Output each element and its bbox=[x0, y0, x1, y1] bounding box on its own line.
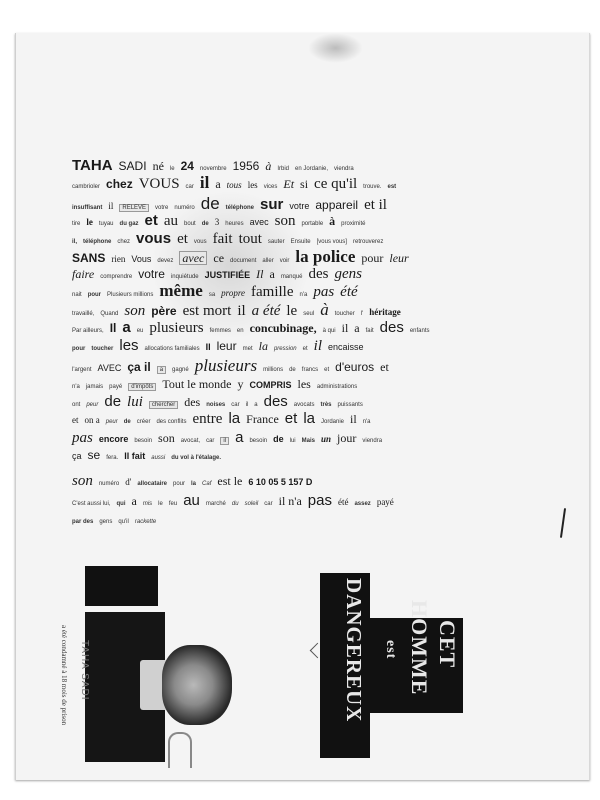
collage-line: pourtoucherlesallocations familialesIlle… bbox=[72, 338, 370, 354]
collage-word: pas bbox=[308, 493, 332, 508]
collage-word: de bbox=[289, 367, 296, 373]
collage-word: soleil bbox=[245, 501, 259, 507]
collage-word: travaillé, bbox=[72, 311, 94, 317]
collage-word: chercher bbox=[149, 401, 178, 409]
collage-word: Quand bbox=[100, 311, 118, 317]
collage-word: lui bbox=[290, 438, 296, 444]
collage-word: Irbid bbox=[277, 166, 289, 172]
collage-word: du bbox=[232, 501, 239, 507]
collage-word: n'a bbox=[72, 384, 80, 390]
collage-word: viendra bbox=[334, 166, 354, 172]
collage-word: payé bbox=[109, 384, 122, 390]
collage-word: plusieurs bbox=[195, 357, 257, 374]
collage-word: les bbox=[298, 378, 311, 390]
collage-word: très bbox=[320, 402, 331, 408]
collage-word: téléphone bbox=[226, 205, 254, 211]
collage-word: de bbox=[202, 221, 209, 227]
collage-word: jour bbox=[337, 432, 356, 444]
collage-word: à bbox=[265, 160, 271, 172]
poster-line-homme: HOMME bbox=[406, 600, 432, 695]
collage-word: il bbox=[237, 304, 245, 319]
collage-word: C'est aussi lui, bbox=[72, 501, 111, 507]
collage-word: il n'a bbox=[279, 495, 302, 507]
collage-word: JUSTIFIÉE bbox=[205, 271, 251, 280]
collage-word: Il bbox=[206, 343, 211, 352]
collage-word: Caf bbox=[202, 481, 211, 487]
collage-text-block: TAHASADInéle24novembre1956àIrbiden Jorda… bbox=[72, 158, 512, 458]
collage-word: concubinage, bbox=[250, 322, 317, 334]
collage-word: de bbox=[201, 195, 220, 212]
collage-word: Il fait bbox=[124, 452, 145, 461]
collage-word: des bbox=[380, 320, 404, 335]
collage-word: propre bbox=[221, 289, 245, 298]
collage-line: eton apeurdecréerdes conflitsentrelaFran… bbox=[72, 411, 377, 427]
collage-word: aller bbox=[262, 258, 273, 264]
collage-line: insuffisantilRELEVEvotrenumérodetéléphon… bbox=[72, 195, 393, 213]
collage-line: il,téléphonechezvousetvousfaittoutsauter… bbox=[72, 231, 389, 247]
collage-word: pression bbox=[274, 346, 297, 352]
collage-word: chez bbox=[117, 239, 130, 245]
collage-word: et bbox=[380, 361, 389, 373]
collage-word: il, bbox=[72, 239, 77, 245]
collage-word: même bbox=[159, 282, 202, 299]
collage-word: voir bbox=[280, 258, 290, 264]
collage-word: millions bbox=[263, 367, 283, 373]
collage-word: l' bbox=[361, 311, 363, 317]
collage-word: besoin bbox=[249, 438, 267, 444]
photo-caption: a été condamné à 18 mois de prison bbox=[60, 625, 68, 725]
collage-word: qui bbox=[117, 501, 126, 507]
collage-word: tous bbox=[227, 181, 242, 190]
collage-word: en bbox=[237, 328, 244, 334]
collage-line: sonnumérod'allocatairepourlaCafest le6 1… bbox=[72, 473, 318, 489]
collage-word: novembre bbox=[200, 166, 227, 172]
collage-word: en Jordanie, bbox=[295, 166, 328, 172]
collage-word: votre bbox=[138, 268, 165, 280]
collage-word: la bbox=[303, 411, 315, 426]
collage-word: pour bbox=[72, 346, 85, 352]
collage-word: devez bbox=[157, 258, 173, 264]
collage-line: par desgensqu'ilrackette bbox=[72, 511, 162, 527]
collage-word: du gaz bbox=[120, 221, 139, 227]
collage-word: inquiétude bbox=[171, 274, 199, 280]
collage-word: le bbox=[158, 501, 163, 507]
collage-word: tuyau bbox=[99, 221, 114, 227]
collage-word: leur bbox=[217, 340, 237, 352]
collage-word: est mort bbox=[183, 304, 232, 319]
collage-word: pas bbox=[313, 285, 334, 300]
collage-word: fait bbox=[366, 328, 374, 334]
collage-word: né bbox=[153, 160, 164, 172]
collage-word: les bbox=[119, 338, 138, 353]
collage-word: 1956 bbox=[233, 160, 260, 172]
collage-word: des conflits bbox=[156, 419, 186, 425]
collage-word: gens bbox=[335, 267, 363, 282]
collage-word: SANS bbox=[72, 252, 105, 264]
collage-word: a bbox=[132, 495, 137, 507]
collage-word: faire bbox=[72, 268, 94, 280]
collage-word: heures bbox=[225, 221, 243, 227]
collage-word: bout bbox=[184, 221, 196, 227]
collage-word: AVEC bbox=[98, 364, 122, 373]
collage-word: on a bbox=[85, 416, 100, 425]
collage-word: rien bbox=[111, 255, 125, 264]
collage-word: sur bbox=[260, 197, 283, 212]
collage-word: gens bbox=[99, 519, 112, 525]
collage-word: femmes bbox=[210, 328, 231, 334]
collage-word: TAHA bbox=[72, 158, 113, 173]
collage-word: [vous vous] bbox=[317, 239, 347, 245]
collage-word: le bbox=[286, 304, 297, 319]
mugshot-face bbox=[162, 645, 232, 725]
collage-word: leur bbox=[389, 252, 408, 264]
collage-word: ont bbox=[72, 402, 80, 408]
collage-word: chez bbox=[106, 178, 133, 190]
collage-word: toucher bbox=[91, 346, 113, 352]
collage-word: car bbox=[231, 402, 239, 408]
collage-word: Mais bbox=[302, 438, 315, 444]
collage-word: met bbox=[243, 346, 253, 352]
collage-word: encaisse bbox=[328, 343, 364, 352]
collage-word: avocats bbox=[294, 402, 315, 408]
collage-word: aussi bbox=[151, 455, 165, 461]
collage-word: noises bbox=[206, 402, 225, 408]
collage-word: il bbox=[350, 413, 357, 425]
collage-word: et bbox=[324, 367, 329, 373]
collage-word: les bbox=[248, 181, 258, 190]
collage-word: se bbox=[88, 449, 101, 461]
collage-word: insuffisant bbox=[72, 205, 102, 211]
collage-word: gagné bbox=[172, 367, 189, 373]
collage-word: la bbox=[259, 340, 268, 352]
collage-word: n'a bbox=[363, 419, 371, 425]
collage-line: fairecomprendrevotreinquiétudeJUSTIFIÉEI… bbox=[72, 266, 368, 282]
collage-word: au bbox=[183, 493, 200, 508]
collage-word: fait bbox=[213, 232, 233, 247]
collage-word: Et bbox=[283, 178, 294, 190]
collage-line: SANSrienVousdevezaveccedocumentallervoir… bbox=[72, 248, 415, 266]
collage-word: seul bbox=[303, 311, 314, 317]
collage-word: son bbox=[124, 304, 145, 319]
collage-word: SADI bbox=[119, 160, 147, 172]
collage-line: çasefera.Il faitaussidu vol à l'étalage. bbox=[72, 447, 227, 463]
collage-word: l'argent bbox=[72, 367, 92, 373]
collage-word: et bbox=[303, 346, 308, 352]
collage-word: de bbox=[104, 394, 121, 409]
collage-word: vices bbox=[264, 184, 278, 190]
collage-word: il bbox=[314, 339, 322, 354]
collage-word: pour bbox=[173, 481, 185, 487]
collage-word: 6 10 05 5 157 D bbox=[248, 478, 312, 487]
collage-word: COMPRIS bbox=[250, 381, 292, 390]
collage-word: il bbox=[220, 437, 229, 445]
collage-word: la bbox=[191, 481, 196, 487]
collage-word: y bbox=[238, 378, 244, 390]
collage-word: cambrioler bbox=[72, 184, 100, 190]
collage-word: été bbox=[340, 285, 357, 300]
collage-line: cambriolerchezVOUScarilatouslesvicesEtsi… bbox=[72, 174, 402, 192]
collage-word: administrations bbox=[317, 384, 357, 390]
collage-line: tireletuyaudu gazetauboutde3heuresavecso… bbox=[72, 213, 372, 229]
collage-word: eu bbox=[137, 328, 144, 334]
collage-word: peur bbox=[86, 402, 98, 408]
collage-word: a bbox=[354, 322, 359, 334]
collage-word: Vous bbox=[131, 255, 151, 264]
collage-word: à bbox=[320, 301, 329, 318]
collage-word: la bbox=[228, 411, 240, 426]
collage-word: Jordanie bbox=[321, 419, 344, 425]
collage-word: lui bbox=[127, 395, 143, 410]
collage-word: à qui bbox=[323, 328, 336, 334]
collage-word: 3 bbox=[215, 218, 220, 227]
collage-word: créer bbox=[137, 419, 151, 425]
collage-word: par des bbox=[72, 519, 93, 525]
collage-line: l'argentAVECça ilagagnéplusieursmillions… bbox=[72, 357, 395, 375]
collage-word: nait bbox=[72, 292, 82, 298]
collage-word: et il bbox=[364, 198, 387, 213]
collage-word: et bbox=[285, 411, 298, 426]
poster-line-dangereux: DANGEREUX bbox=[341, 578, 366, 722]
collage-line: travaillé,Quandsonpèreest mortila étéles… bbox=[72, 301, 407, 319]
collage-word: famille bbox=[251, 285, 293, 300]
collage-word: héritage bbox=[369, 308, 401, 317]
collage-word: de bbox=[273, 435, 284, 444]
collage-word: a été bbox=[252, 304, 281, 319]
collage-word: pas bbox=[72, 431, 93, 446]
collage-line: C'est aussi lui,quiamislefeuaumarchéduso… bbox=[72, 493, 400, 509]
collage-word: tire bbox=[72, 221, 80, 227]
collage-word: besoin bbox=[134, 438, 152, 444]
collage-word: du vol à l'étalage. bbox=[171, 455, 221, 461]
collage-word: d'impôts bbox=[128, 383, 156, 391]
collage-word: Par ailleurs, bbox=[72, 328, 104, 334]
collage-word: a bbox=[254, 402, 257, 408]
collage-word: portable bbox=[301, 221, 323, 227]
collage-word: jamais bbox=[86, 384, 103, 390]
collage-word: peur bbox=[106, 419, 118, 425]
collage-word: vous bbox=[136, 231, 171, 246]
collage-word: appareil bbox=[315, 199, 358, 211]
collage-word: rackette bbox=[135, 519, 156, 525]
collage-word: Il bbox=[110, 322, 117, 334]
collage-word: ça bbox=[72, 452, 82, 461]
collage-word: retrouverez bbox=[353, 239, 383, 245]
collage-word: pour bbox=[361, 252, 383, 264]
collage-word: au bbox=[164, 214, 178, 229]
collage-word: numéro bbox=[99, 481, 119, 487]
collage-word: marché bbox=[206, 501, 226, 507]
collage-word: francs bbox=[302, 367, 318, 373]
collage-word: toucher bbox=[335, 311, 355, 317]
collage-word: France bbox=[246, 413, 279, 425]
collage-word: ça il bbox=[127, 361, 150, 373]
collage-word: mis bbox=[143, 501, 152, 507]
collage-line: naitpourPlusieurs millionsmêmesaproprefa… bbox=[72, 282, 364, 300]
collage-word: n'a bbox=[299, 292, 307, 298]
collage-word: il bbox=[108, 202, 113, 211]
collage-word: sa bbox=[209, 292, 215, 298]
collage-word: pour bbox=[88, 292, 101, 298]
collage-word: ce qu'il bbox=[314, 177, 357, 192]
collage-word: Il bbox=[256, 268, 263, 280]
collage-line: Par ailleurs,Ilaeuplusieursfemmesenconcu… bbox=[72, 320, 436, 336]
collage-word: plusieurs bbox=[149, 321, 203, 336]
collage-word: sauter bbox=[268, 239, 285, 245]
collage-word: et bbox=[177, 232, 188, 247]
collage-word: des bbox=[309, 267, 329, 282]
collage-word: document bbox=[230, 258, 256, 264]
collage-word: père bbox=[151, 305, 176, 317]
collage-word: est bbox=[388, 184, 397, 190]
collage-word: un bbox=[321, 435, 331, 444]
collage-word: avocat, bbox=[181, 438, 200, 444]
collage-word: feu bbox=[169, 501, 177, 507]
paperclip-icon bbox=[168, 732, 192, 768]
collage-word: Plusieurs millions bbox=[107, 292, 153, 298]
poster-line-est: est bbox=[382, 640, 398, 659]
collage-word: encore bbox=[99, 435, 129, 444]
collage-word: ce bbox=[213, 252, 224, 264]
collage-word: téléphone bbox=[83, 239, 111, 245]
collage-word: tout bbox=[239, 232, 262, 247]
collage-word: numéro bbox=[174, 205, 194, 211]
collage-word: manqué bbox=[281, 274, 303, 280]
collage-word: et bbox=[145, 213, 158, 228]
collage-word: des bbox=[264, 394, 288, 409]
collage-word: allocataire bbox=[137, 481, 167, 487]
collage-word: de bbox=[124, 419, 131, 425]
toner-smudge bbox=[308, 33, 363, 63]
collage-word: et bbox=[72, 416, 79, 425]
collage-word: a bbox=[122, 320, 130, 335]
collage-word: son bbox=[275, 214, 296, 229]
collage-word: le bbox=[170, 166, 175, 172]
collage-word: Tout le monde bbox=[162, 378, 231, 390]
poster-line-cet: CET bbox=[434, 620, 460, 668]
collage-word: puissants bbox=[338, 402, 363, 408]
photo-name-label: TAHA SADI bbox=[79, 640, 90, 701]
collage-word: car bbox=[264, 501, 272, 507]
collage-word: la police bbox=[295, 248, 355, 265]
photo-top-bar bbox=[85, 566, 158, 606]
collage-word: enfants bbox=[410, 328, 430, 334]
collage-word: son bbox=[72, 474, 93, 489]
collage-word: avec bbox=[179, 251, 207, 265]
collage-word: été bbox=[338, 498, 349, 507]
collage-line: n'ajamaispayéd'impôtsTout le mondeyCOMPR… bbox=[72, 376, 363, 392]
collage-word: proximité bbox=[341, 221, 365, 227]
collage-word: à bbox=[329, 215, 335, 227]
collage-line: ontpeurdeluichercherdesnoisescariladesav… bbox=[72, 394, 369, 410]
collage-word: assez bbox=[354, 501, 370, 507]
collage-word: entre bbox=[192, 412, 222, 427]
collage-line: pasencorebesoinsonavocat,carilabesoindel… bbox=[72, 430, 388, 446]
collage-word: si bbox=[300, 178, 308, 190]
collage-word: il bbox=[246, 402, 249, 408]
collage-word: avec bbox=[250, 218, 269, 227]
collage-line: TAHASADInéle24novembre1956àIrbiden Jorda… bbox=[72, 158, 360, 174]
collage-word: payé bbox=[377, 498, 394, 507]
collage-word: d' bbox=[125, 478, 131, 487]
collage-word: il bbox=[342, 322, 349, 334]
collage-word: viendra bbox=[362, 438, 382, 444]
collage-word: le bbox=[86, 218, 93, 227]
collage-word: a bbox=[157, 366, 166, 374]
collage-word: est le bbox=[217, 475, 242, 487]
collage-word: VOUS bbox=[139, 177, 180, 192]
collage-word: Ensuite bbox=[291, 239, 311, 245]
collage-word: car bbox=[206, 438, 214, 444]
collage-word: fera. bbox=[106, 455, 118, 461]
collage-word: il bbox=[200, 174, 209, 191]
collage-word: RELEVE bbox=[119, 204, 149, 212]
collage-word: des bbox=[184, 396, 200, 408]
collage-word: votre bbox=[155, 205, 168, 211]
collage-word: qu'il bbox=[118, 519, 129, 525]
collage-word: son bbox=[158, 432, 175, 444]
collage-word: a bbox=[215, 178, 220, 190]
collage-word: trouve. bbox=[363, 184, 381, 190]
collage-word: allocations familiales bbox=[145, 346, 200, 352]
collage-word: d'euros bbox=[335, 361, 374, 373]
collage-word: votre bbox=[289, 202, 309, 211]
collage-word: vous bbox=[194, 239, 207, 245]
collage-word: a bbox=[235, 430, 243, 445]
collage-word: 24 bbox=[181, 160, 194, 172]
collage-word: comprendre bbox=[100, 274, 132, 280]
collage-word: car bbox=[186, 184, 194, 190]
collage-word: a bbox=[269, 268, 274, 280]
